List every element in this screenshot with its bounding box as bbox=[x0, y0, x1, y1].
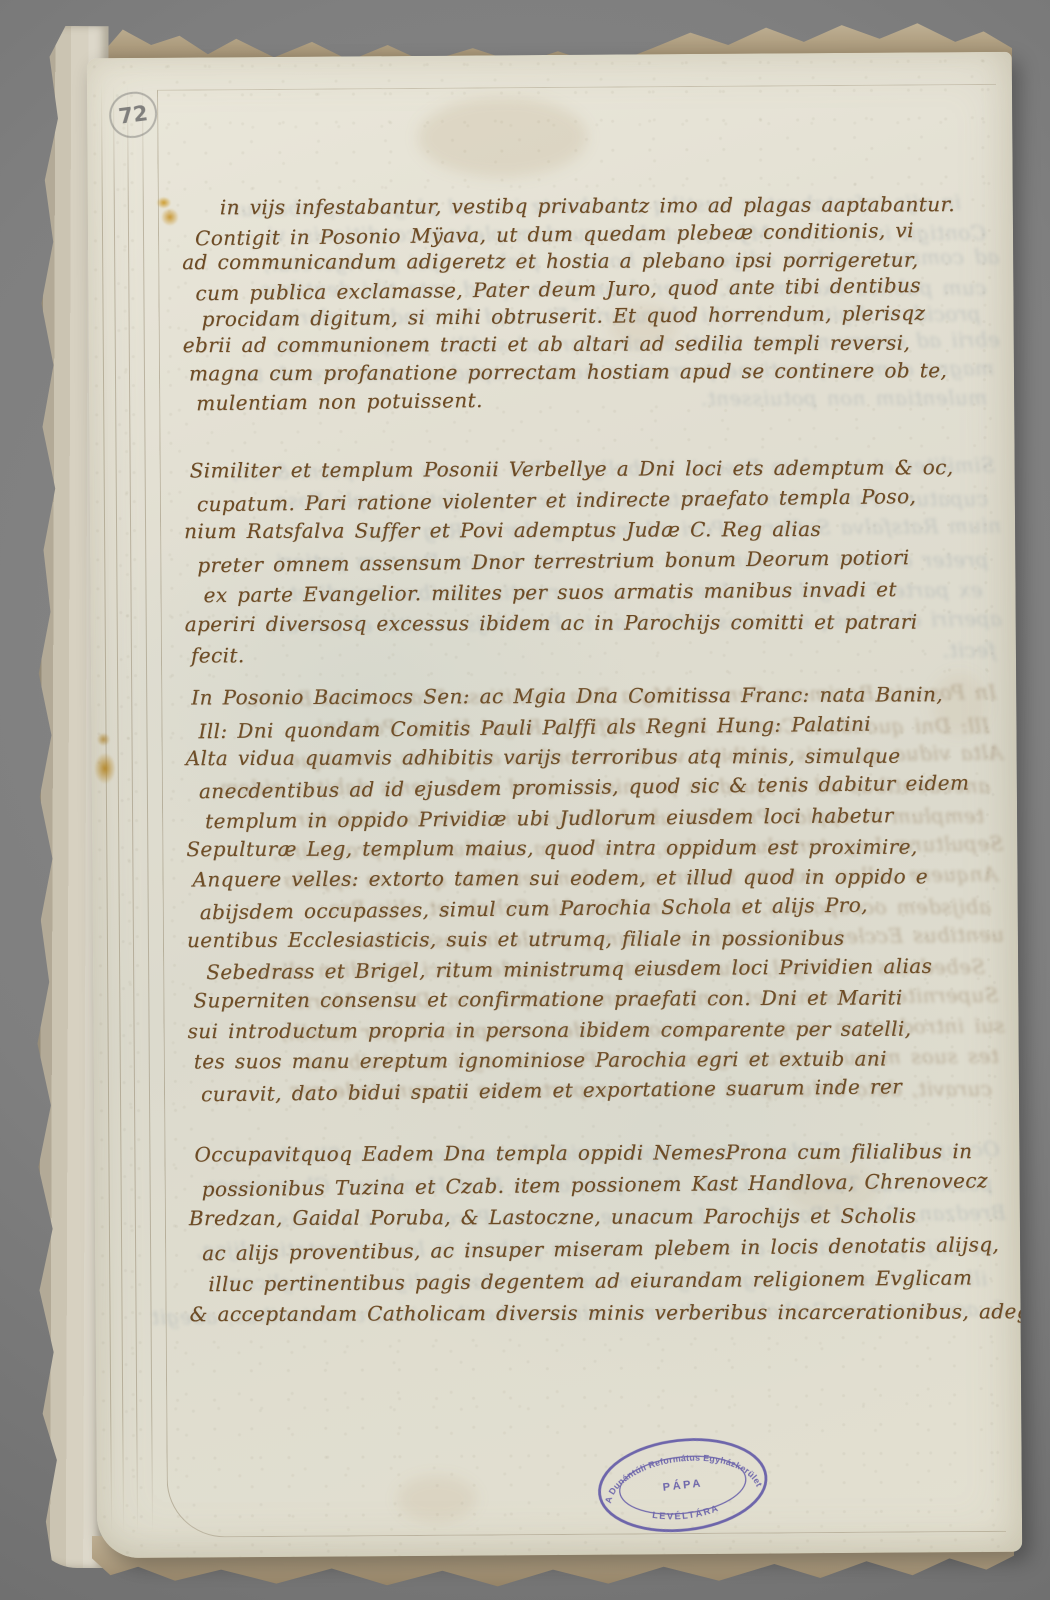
archive-stamp-graphic: A Dunántúli Református Egyházkerület PÁP… bbox=[590, 1427, 776, 1544]
manuscript-paragraph: in vijs infestabantur, vestibq privabant… bbox=[188, 190, 995, 416]
manuscript-line: ebrii ad communionem tracti et ab altari… bbox=[183, 329, 988, 359]
svg-text:A Dunántúli Református Egyházk: A Dunántúli Református Egyházkerület bbox=[599, 1444, 765, 1505]
page-number-circle: 72 bbox=[106, 89, 160, 141]
stamp-outer-ring bbox=[595, 1431, 771, 1539]
stamp-inner-ring bbox=[617, 1450, 749, 1520]
stamp-center-text: PÁPA bbox=[662, 1476, 704, 1493]
stamp-bottom-text: LEVÉLTÁRA bbox=[651, 1502, 722, 1524]
manuscript-text: in vijs infestabantur, vestibq privabant… bbox=[188, 190, 1001, 1332]
manuscript-line: sui introductum propria in persona ibide… bbox=[188, 1013, 993, 1046]
manuscript-paragraph: Similiter et templum Posonii Verbellye a… bbox=[190, 451, 996, 672]
svg-text:LEVÉLTÁRA: LEVÉLTÁRA bbox=[651, 1502, 722, 1524]
manuscript-line: Superniten consensu et confirmatione pra… bbox=[193, 982, 998, 1016]
page-edge-line bbox=[113, 84, 124, 1532]
manuscript-line: fecit. bbox=[191, 636, 996, 670]
manuscript-line: templum in oppido Prividiæ ubi Judlorum … bbox=[205, 799, 1010, 836]
manuscript-line: ex parte Evangelior. milites per suos ar… bbox=[203, 573, 1008, 611]
manuscript-paragraph: Occupavitquoq Eadem Dna templa oppidi Ne… bbox=[194, 1134, 1000, 1332]
manuscript-paragraph: In Posonio Bacimocs Sen: ac Mgia Dna Com… bbox=[191, 678, 999, 1108]
manuscript-page: 72 in vijs infestabantur, vestibq privab… bbox=[87, 52, 1022, 1558]
page-edge-line bbox=[101, 84, 112, 1532]
ink-stain-small bbox=[152, 194, 182, 230]
page-number: 72 bbox=[117, 101, 149, 129]
manuscript-line: uentibus Ecclesiasticis, suis et utrumq,… bbox=[187, 922, 992, 955]
stamp-arc-text: A Dunántúli Református Egyházkerület bbox=[599, 1444, 765, 1505]
archive-stamp: A Dunántúli Református Egyházkerület PÁP… bbox=[590, 1427, 776, 1544]
manuscript-line: & acceptandam Catholicam diversis minis … bbox=[189, 1296, 994, 1331]
foxing-spot bbox=[417, 97, 588, 178]
manuscript-line: aperiri diversosq excessus ibidem ac in … bbox=[185, 606, 990, 640]
photo-backdrop: 72 in vijs infestabantur, vestibq privab… bbox=[0, 0, 1050, 1600]
page-edge-line bbox=[127, 84, 138, 1532]
foxing-spot bbox=[397, 1476, 477, 1523]
manuscript-line: Sepulturæ Leg, templum maius, quod intra… bbox=[186, 831, 991, 864]
